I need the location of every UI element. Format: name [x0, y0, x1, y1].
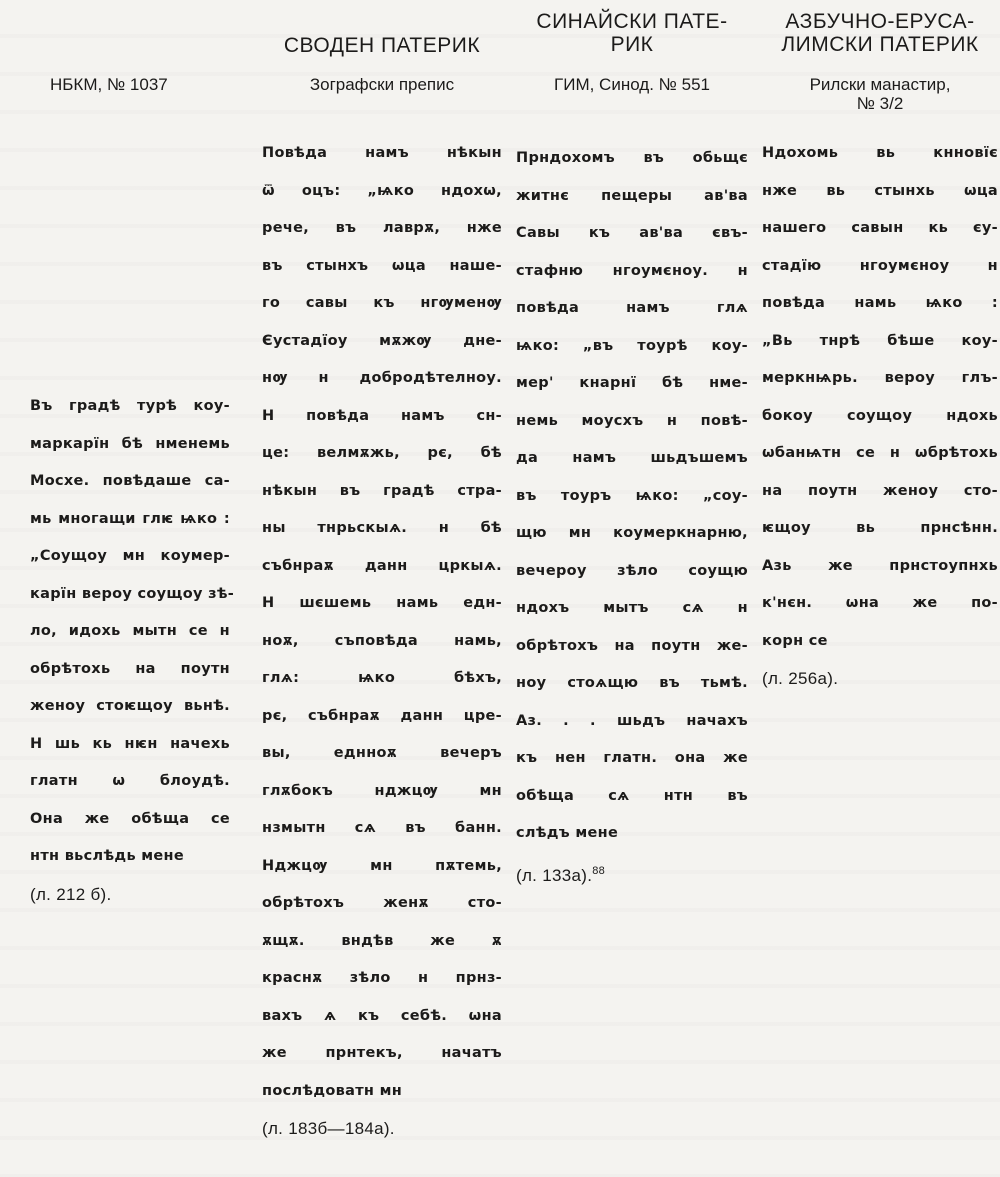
text-line: ноу стоѧщю въ тьмѣ. [516, 665, 748, 703]
text-line: нашего Савын кь Єу- [762, 210, 998, 248]
text-line: же прнтекъ, начатъ [262, 1035, 502, 1073]
text-line: Н повѣда намъ сн- [262, 398, 502, 436]
text-line: Она же обѣща се [30, 801, 230, 839]
text-line: го Савы къ нгѹменѹ [262, 285, 502, 323]
folio-reference: (л. 256а). [762, 660, 998, 697]
text-line: Савы къ ав'ва Євъ- [516, 215, 748, 253]
text-line: глѧ: Ѩко бѣхъ, [262, 660, 502, 698]
folio-reference: (л. 183б—184а). [262, 1110, 502, 1147]
text-line: карїн вероу соущоу зѣ- [30, 576, 230, 614]
column-title: АЗБУЧНО-ЕРУСА- ЛИМСКИ ПАТЕРИК [762, 10, 998, 56]
text-line: немь Моусхъ н повѣ- [516, 403, 748, 441]
column-text: Въ градѣ Турѣ коу- маркарїн бѣ нменемь М… [30, 388, 230, 913]
text-line: Аз. . . шьдъ начахъ [516, 703, 748, 741]
folio-reference: (л. 212 б). [30, 876, 230, 913]
text-line: рече, въ лаврѫ, нже [262, 210, 502, 248]
text-line: Въ градѣ Турѣ коу- [30, 388, 230, 426]
text-line: глѫбокъ нджцѹ мн [262, 773, 502, 811]
text-line: въ стынхъ ѡца наше- [262, 248, 502, 286]
text-line: събнраѫ данн цркыѧ. [262, 548, 502, 586]
folio-reference-text: (л. 133а). [516, 866, 592, 885]
text-line: це: Велмѫжь, рє, бѣ [262, 435, 502, 473]
footnote-marker: 88 [592, 865, 605, 877]
text-line: ѩко: „Въ Тоурѣ коу- [516, 328, 748, 366]
text-line: Повѣда намъ нѣкын [262, 135, 502, 173]
text-line: „Вь Тнрѣ бѣше коу- [762, 323, 998, 361]
text-line: вахъ ѧ къ себѣ. Ѡна [262, 998, 502, 1036]
column-title: СИНАЙСКИ ПАТЕ- РИК [516, 10, 748, 56]
text-line: Єустадїоу мѫжѹ дне- [262, 323, 502, 361]
text-line: ѥщоу вь прнсѣнн. [762, 510, 998, 548]
text-line: стадїю нгоумєноу н [762, 248, 998, 286]
text-line: ндохъ мытъ сѧ н [516, 590, 748, 628]
text-line: рє, събнраѫ данн цре- [262, 698, 502, 736]
text-line: нтн вьслѣдь мене [30, 838, 230, 876]
text-line: къ нен глатн. Она же [516, 740, 748, 778]
text-line: мь многащи глѥ ѩко : [30, 501, 230, 539]
text-line: меркнѩрь. Вероу глъ- [762, 360, 998, 398]
text-line: женоу стоѥщоу вьнѣ. [30, 688, 230, 726]
column-subtitle: Рилски манастир, № 3/2 [762, 75, 998, 113]
text-line: вечероу зѣло соущю [516, 553, 748, 591]
text-line: ѫщѫ. Вндѣв же ѫ [262, 923, 502, 961]
text-line: маркарїн бѣ нменемь [30, 426, 230, 464]
text-line: обрѣтохъ женѫ сто- [262, 885, 502, 923]
text-line: Мосхе. Повѣдаше са- [30, 463, 230, 501]
text-line: ны Тнрьскыѧ. Н бѣ [262, 510, 502, 548]
folio-reference: (л. 133а).88 [516, 853, 748, 894]
text-line: ѡбанѩтн се н ѡбрѣтохь [762, 435, 998, 473]
text-line: нѣкын въ градѣ стра- [262, 473, 502, 511]
text-line: ло, идохь мытн се н [30, 613, 230, 651]
column-text: Прндохомъ въ обьщє житнє пещеры ав'ва Са… [516, 140, 748, 894]
column-text: Повѣда намъ нѣкын ѿ оцъ: „Ѩко ндохѡ, реч… [262, 135, 502, 1147]
text-line: ноѫ, съповѣда намь, [262, 623, 502, 661]
document-page: НБКМ, № 1037 Въ градѣ Турѣ коу- маркарїн… [0, 0, 1000, 1177]
column-subtitle: Зографски препис [262, 75, 502, 94]
text-line: житнє пещеры ав'ва [516, 178, 748, 216]
text-line: повѣда намъ глѧ [516, 290, 748, 328]
text-line: Нджцѹ мн пѫтемь, [262, 848, 502, 886]
text-line: стафню нгоумєноу. Н [516, 253, 748, 291]
text-line: Прндохомъ въ обьщє [516, 140, 748, 178]
text-line: краснѫ зѣло н прнз- [262, 960, 502, 998]
text-line: обрѣтохь на поутн [30, 651, 230, 689]
text-line: нже вь стынхь ѡца [762, 173, 998, 211]
text-line: обрѣтохъ на поутн же- [516, 628, 748, 666]
text-line: Н шєшемь намь едн- [262, 585, 502, 623]
column-subtitle: ГИМ, Синод. № 551 [516, 75, 748, 94]
column-text: Ндохомь вь кнновїє нже вь стынхь ѡца наш… [762, 135, 998, 697]
column-subtitle: НБКМ, № 1037 [50, 75, 230, 94]
text-line: обѣща сѧ нтн въ [516, 778, 748, 816]
folio-reference-text: (л. 183б—184а). [262, 1119, 395, 1138]
text-line: слѣдъ мене [516, 815, 748, 853]
text-line: к'нєн. Ѡна же по- [762, 585, 998, 623]
folio-reference-text: (л. 256а). [762, 669, 838, 688]
text-line: Азь же прнстоупнхь [762, 548, 998, 586]
text-line: нзмытн сѧ въ банн. [262, 810, 502, 848]
text-line: вы, еднноѫ вечеръ [262, 735, 502, 773]
text-line: на поутн женоу сто- [762, 473, 998, 511]
text-line: Н шь кь нѥн начехь [30, 726, 230, 764]
text-line: мер' кнарнї бѣ нме- [516, 365, 748, 403]
text-line: ѿ оцъ: „Ѩко ндохѡ, [262, 173, 502, 211]
text-line: корн се [762, 623, 998, 661]
text-line: щю мн коумеркнарню, [516, 515, 748, 553]
text-line: бокоу соущоу ндохь [762, 398, 998, 436]
text-line: да намъ шьдъшемъ [516, 440, 748, 478]
text-line: глатн ѡ блоудѣ. [30, 763, 230, 801]
text-line: послѣдоватн мн [262, 1073, 502, 1111]
text-line: „Соущоу мн коумер- [30, 538, 230, 576]
text-line: Ндохомь вь кнновїє [762, 135, 998, 173]
text-line: повѣда намь ѩко : [762, 285, 998, 323]
column-title: СВОДЕН ПАТЕРИК [262, 34, 502, 57]
folio-reference-text: (л. 212 б). [30, 885, 112, 904]
text-line: въ Тоуръ ѩко: „Соу- [516, 478, 748, 516]
text-line: нѹ н добродѣтелноу. [262, 360, 502, 398]
